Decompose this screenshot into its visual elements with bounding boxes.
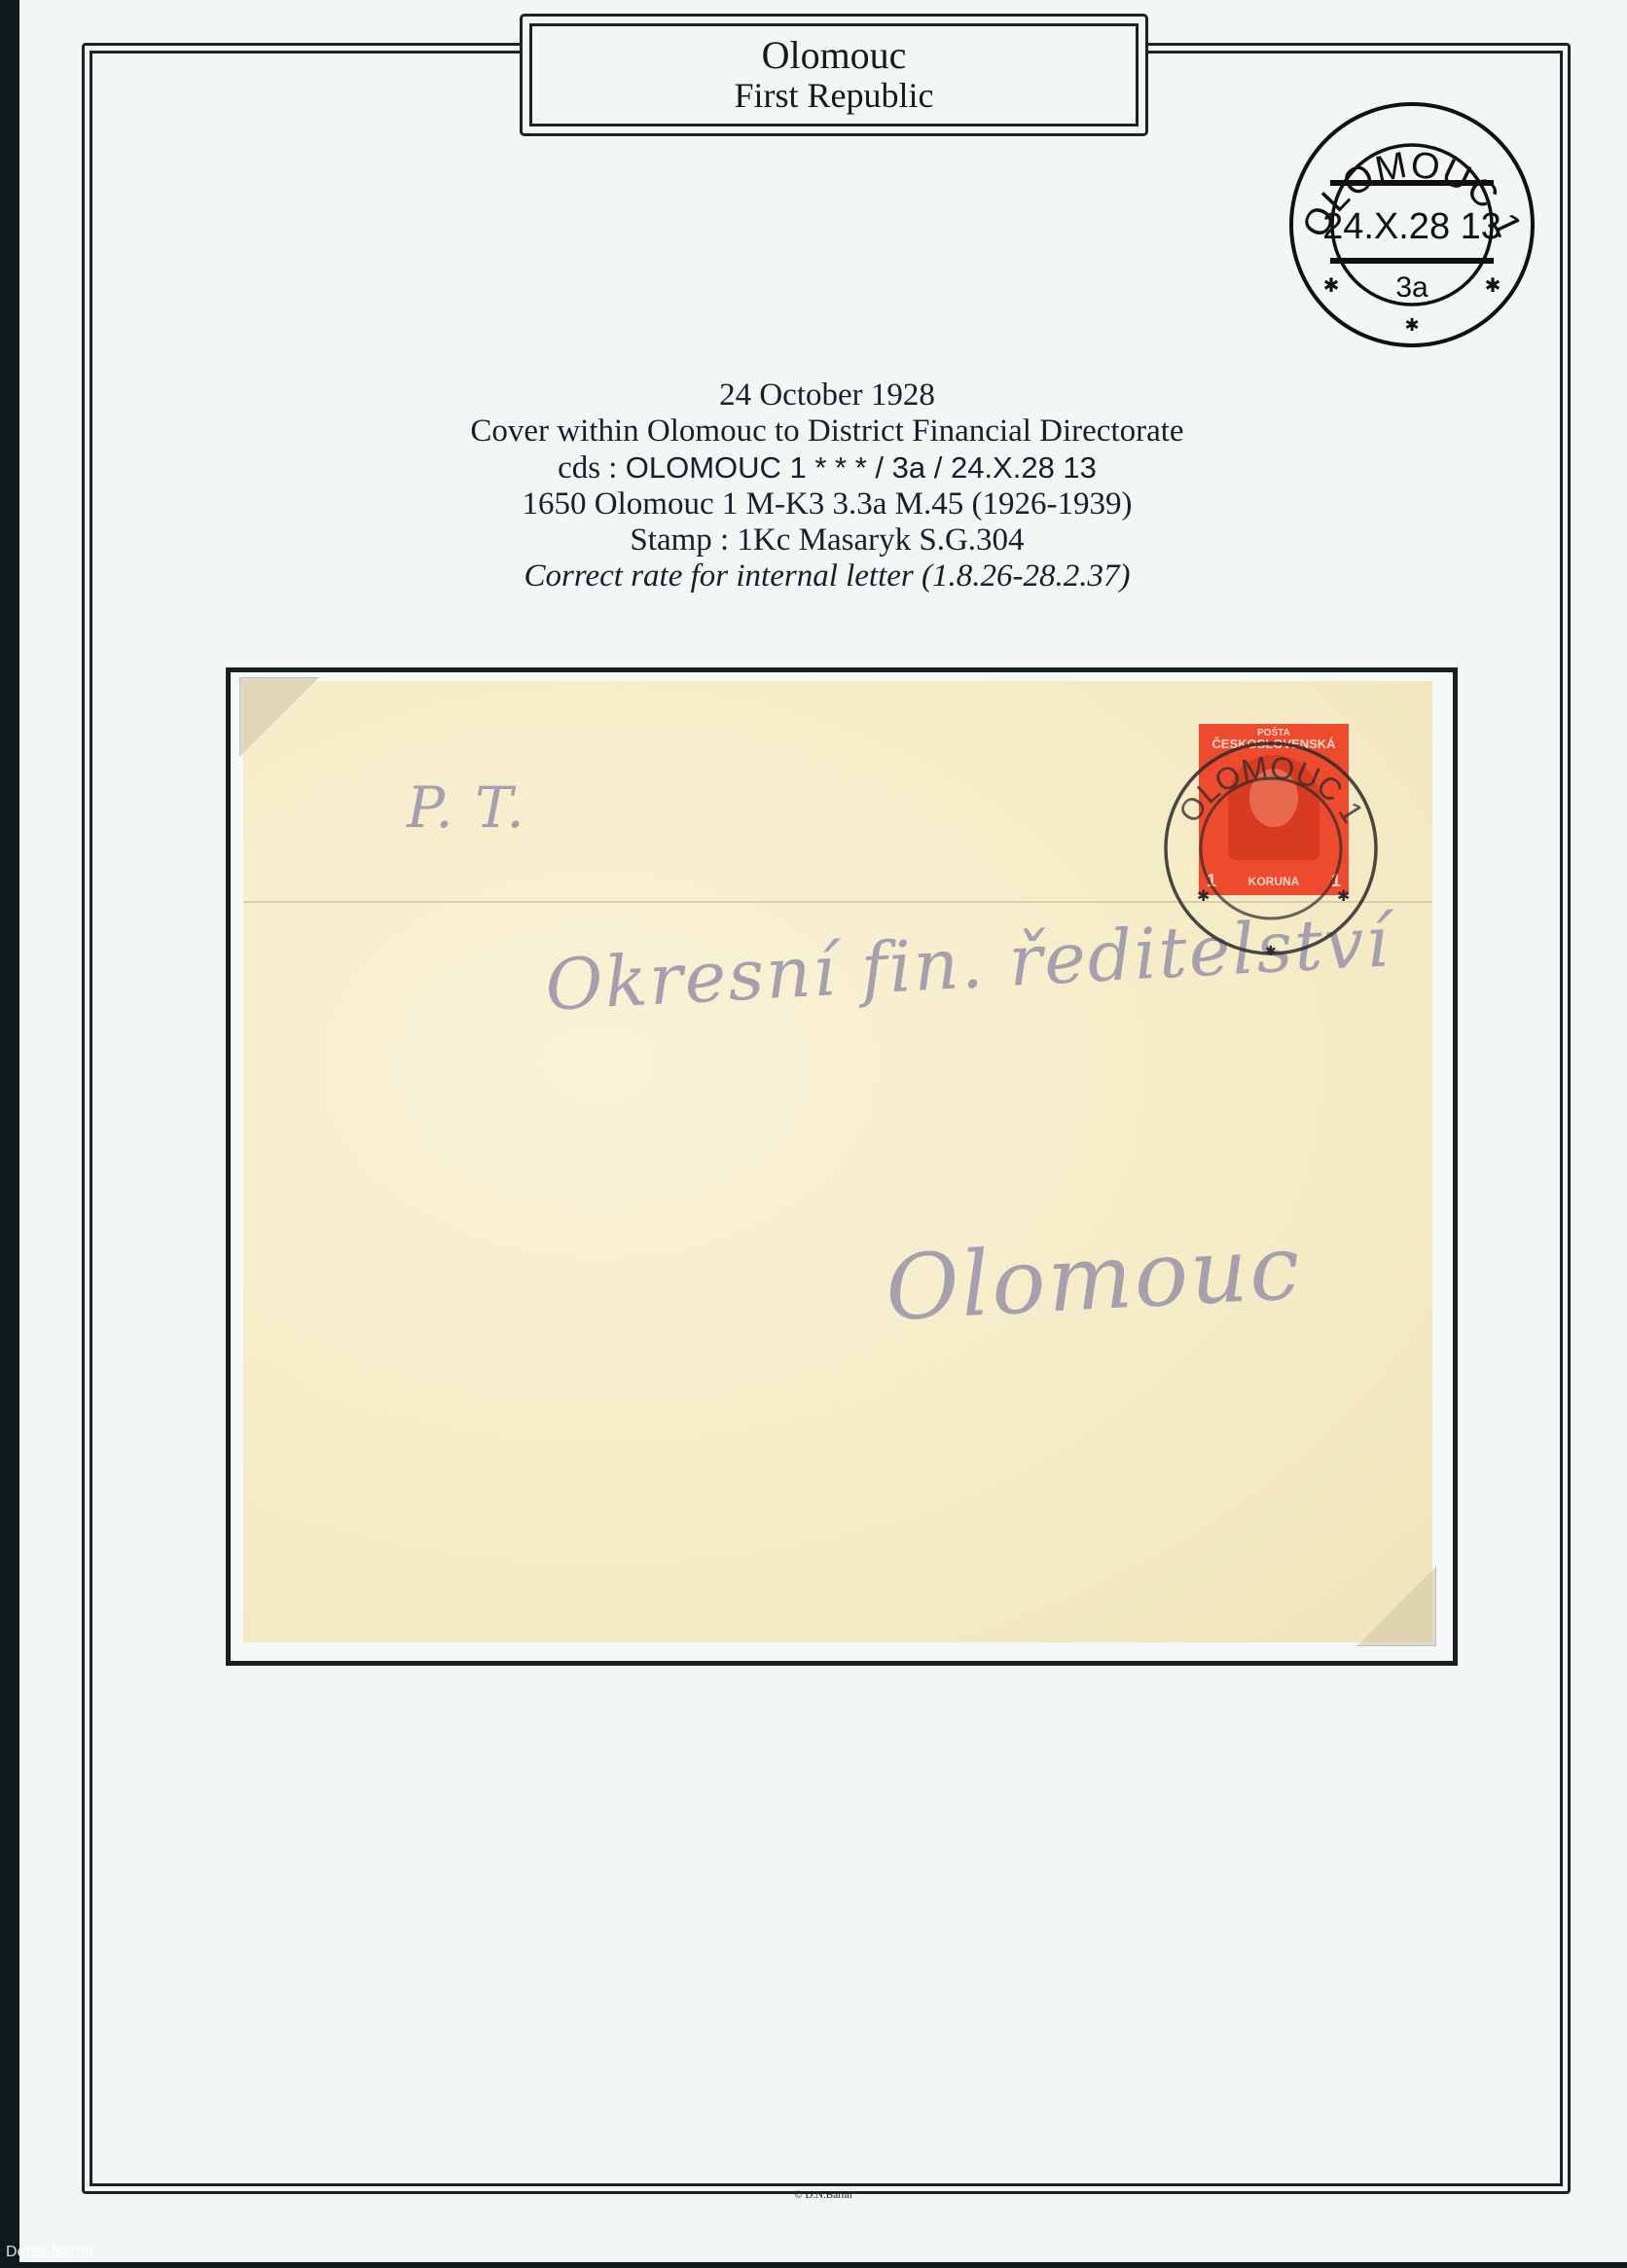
cds-value: OLOMOUC 1 * * * / 3a / 24.X.28 13 <box>626 450 1097 485</box>
mount-corner-icon <box>239 677 319 757</box>
copyright-notice: © D.N.Barnn <box>19 2189 1627 2201</box>
postmark-star-icon: ✱ <box>1323 275 1340 297</box>
cover-description: 24 October 1928 Cover within Olomouc to … <box>272 378 1382 594</box>
description-catalogue: 1650 Olomouc 1 M-K3 3.3a M.45 (1926-1939… <box>272 486 1382 522</box>
postmark-code: 3a <box>1395 271 1428 304</box>
cover-postmark: OLOMOUC 1 ✱ ✱ ✱ <box>1158 736 1384 961</box>
handwritten-initials: P. T. <box>407 774 526 841</box>
svg-text:OLOMOUC 1: OLOMOUC 1 <box>1172 749 1370 829</box>
cover-postmark-text: OLOMOUC 1 <box>1172 749 1370 829</box>
description-cds: cds : OLOMOUC 1 * * * / 3a / 24.X.28 13 <box>272 450 1382 486</box>
page-title: Olomouc <box>762 35 907 76</box>
description-summary: Cover within Olomouc to District Financi… <box>272 414 1382 450</box>
title-panel: Olomouc First Republic <box>520 14 1148 136</box>
description-date: 24 October 1928 <box>272 378 1382 414</box>
postmark-illustration: OLOMOUC 1 24.X.28 13 3a ✱ ✱ ✱ <box>1284 97 1539 352</box>
page-subtitle: First Republic <box>735 76 934 115</box>
postal-cover: P. T. Okresní fin. ředitelství Olomouc P… <box>243 681 1432 1642</box>
watermark-text: Derek Baron <box>6 2244 93 2261</box>
svg-text:✱: ✱ <box>1265 945 1277 959</box>
postmark-star-icon: ✱ <box>1485 275 1501 297</box>
postmark-star-icon: ✱ <box>1404 315 1419 335</box>
album-page: Olomouc First Republic OLOMOUC 1 24.X.28… <box>19 0 1627 2262</box>
svg-text:✱: ✱ <box>1197 888 1210 905</box>
description-stamp: Stamp : 1Kc Masaryk S.G.304 <box>272 522 1382 558</box>
mount-corner-icon <box>1356 1566 1436 1646</box>
svg-text:✱: ✱ <box>1337 888 1350 905</box>
postmark-date: 24.X.28 13 <box>1322 206 1501 247</box>
handwritten-city: Olomouc <box>883 1215 1304 1341</box>
cds-label: cds : <box>558 450 626 486</box>
description-rate-note: Correct rate for internal letter (1.8.26… <box>272 558 1382 594</box>
